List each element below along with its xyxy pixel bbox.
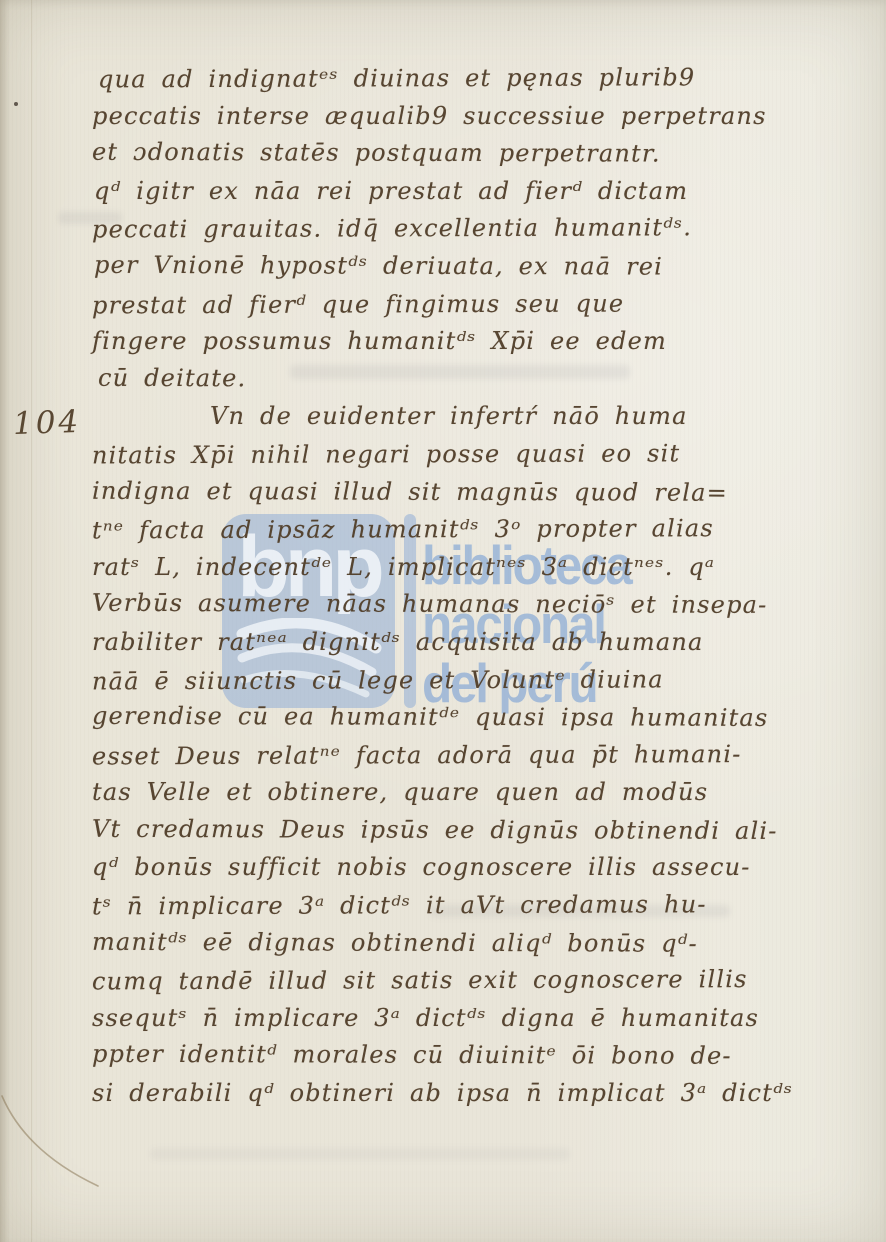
manuscript-line: qua ad indignatᵉˢ diuinas et pęnas pluri… (92, 59, 880, 99)
manuscript-line: fingere possumus humanitᵈˢ Xp̄i ee edem (92, 323, 880, 361)
manuscript-line: ssequtˢ n̄ implicare 3ᵃ dictᵈˢ digna ē h… (92, 1000, 880, 1038)
manuscript-line: prestat ad fierᵈ que fingimus seu que (92, 284, 880, 324)
manuscript-scan-page: bnp biblioteca nacional del perú 104 qua… (0, 0, 886, 1242)
manuscript-line: esset Deus relatⁿᵉ facta adorā qua p̄t h… (92, 735, 880, 775)
stray-pen-stroke (0, 1090, 110, 1200)
manuscript-line: Verbūs asumere nāas humanas neciōˢ et in… (92, 585, 880, 625)
manuscript-line: Vn de euidenter infertŕ nāō huma (92, 398, 880, 436)
manuscript-line: gerendise cū ea humanitᵈᵉ quasi ipsa hum… (92, 698, 880, 738)
manuscript-line: manitᵈˢ eē dignas obtinendi aliqᵈ bonūs … (92, 923, 880, 963)
paper-crease (31, 0, 32, 1242)
manuscript-line: peccati grauitas. idq̄ excellentia human… (92, 209, 880, 249)
manuscript-line: qᵈ bonūs sufficit nobis cognoscere illis… (92, 849, 880, 887)
manuscript-line: peccatis interse æqualib9 successiue per… (92, 98, 880, 136)
manuscript-line: rabiliter ratⁿᵉᵃ dignitᵈˢ acquisita ab h… (92, 624, 880, 662)
manuscript-line: per Vnionē hypostᵈˢ deriuata, ex naā rei (92, 247, 880, 287)
bleedthrough-smudge (150, 1148, 570, 1160)
scan-left-edge-shadow (0, 0, 10, 1242)
manuscript-line: cū deitate. (92, 360, 880, 400)
manuscript-line: Vt credamus Deus ipsūs ee dignūs obtinen… (92, 811, 880, 851)
manuscript-text: qua ad indignatᵉˢ diuinas et pęnas pluri… (92, 60, 880, 1113)
manuscript-line: tas Velle et obtinere, quare quen ad mod… (92, 774, 880, 812)
folio-number: 104 (12, 404, 81, 442)
manuscript-line: tˢ n̄ implicare 3ᵃ dictᵈˢ it aVt credamu… (92, 886, 880, 926)
manuscript-line: si derabili qᵈ obtineri ab ipsa n̄ impli… (92, 1075, 880, 1113)
manuscript-line: ratˢ L, indecentᵈᵉ L, implicatⁿᵉˢ 3ᵃ dic… (92, 549, 880, 587)
ink-dot (14, 102, 18, 106)
manuscript-line: qᵈ igitr ex nāa rei prestat ad fierᵈ dic… (92, 173, 880, 211)
manuscript-line: indigna et quasi illud sit magnūs quod r… (92, 472, 880, 512)
manuscript-line: nitatis Xp̄i nihil negari posse quasi eo… (92, 435, 880, 475)
manuscript-line: et ɔdonatis statēs postquam perpetrantr. (92, 134, 880, 174)
manuscript-line: nāā ē siiunctis cū lege et Voluntᵉ diuin… (92, 660, 880, 700)
manuscript-line: cumq tandē illud sit satis exit cognosce… (92, 961, 880, 1001)
manuscript-line: tⁿᵉ facta ad ipsāz humanitᵈˢ 3ᵒ propter … (92, 510, 880, 550)
manuscript-line: ppter identitᵈ morales cū diuinitᵉ ōi bo… (92, 1036, 880, 1076)
